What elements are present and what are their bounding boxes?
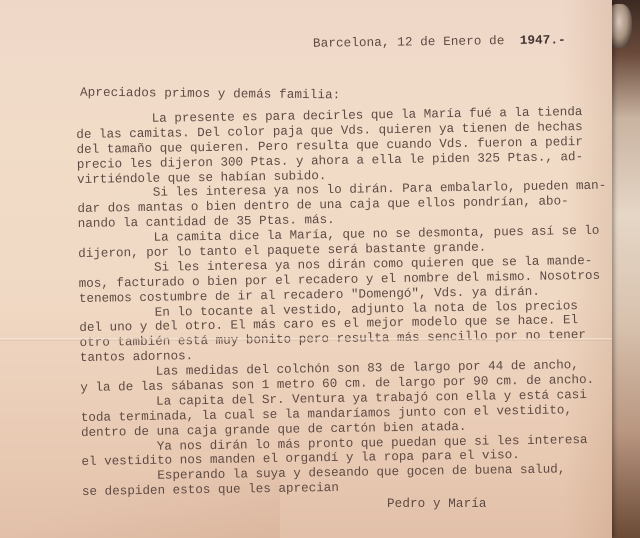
letter-place: Barcelona, <box>313 36 390 51</box>
letter-paper: Barcelona, 12 de Enero de 1947.- Aprecia… <box>0 0 612 538</box>
letter-date-text: 12 de Enero de <box>397 34 504 49</box>
letter-date: Barcelona, 12 de Enero de 1947.- <box>313 34 566 50</box>
letter-signature: Pedro y María <box>387 498 487 511</box>
letter-photograph: Barcelona, 12 de Enero de 1947.- Aprecia… <box>0 0 640 538</box>
letter-salutation: Apreciados primos y demás familia: <box>80 87 340 102</box>
letter-year: 1947.- <box>520 33 566 48</box>
letter-body: La presente es para decirles que la Marí… <box>76 105 611 500</box>
